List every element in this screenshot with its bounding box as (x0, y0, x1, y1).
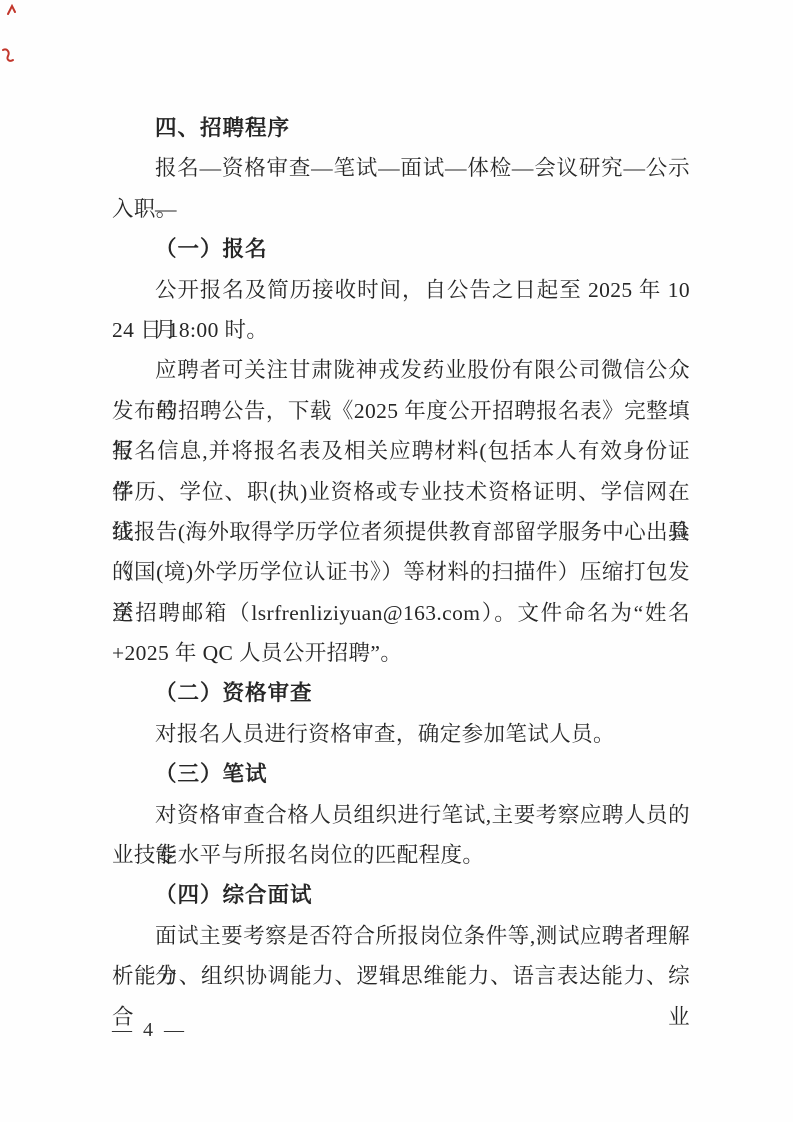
section-heading: （三）笔试 (112, 754, 690, 794)
document-body: 四、招聘程序 报名—资格审查—笔试—面试—体检—会议研究—公示— 入职。 （一）… (112, 108, 690, 1050)
doc-line: 报名—资格审查—笔试—面试—体检—会议研究—公示— (112, 148, 690, 188)
section-heading: （四）综合面试 (112, 875, 690, 915)
doc-line: 公开报名及简历接收时间，自公告之日起至 2025 年 10 月 (112, 270, 690, 310)
doc-line: 入职。 (112, 189, 690, 229)
doc-line: +2025 年 QC 人员公开招聘”。 (112, 633, 690, 673)
document-page: 四、招聘程序 报名—资格审查—笔试—面试—体检—会议研究—公示— 入职。 （一）… (0, 0, 793, 1122)
section-heading: （二）资格审查 (112, 673, 690, 713)
red-ink-mark (1, 47, 15, 64)
doc-line: 证报告(海外取得学历学位者须提供教育部留学服务中心出具的 (112, 512, 690, 552)
doc-line: 《国(境)外学历学位认证书》）等材料的扫描件）压缩打包发送 (112, 552, 690, 592)
doc-line: 对报名人员进行资格审查，确定参加笔试人员。 (112, 714, 690, 754)
doc-line: 业技能水平与所报名岗位的匹配程度。 (112, 835, 690, 875)
doc-line: 对资格审查合格人员组织进行笔试,主要考察应聘人员的专 (112, 795, 690, 835)
red-ink-mark (6, 4, 18, 17)
doc-line: 析能力、组织协调能力、逻辑思维能力、语言表达能力、综合业 (112, 956, 690, 996)
doc-line-with-email: 至招聘邮箱（lsrfrenliziyuan@163.com）。文件命名为“姓名 (112, 593, 690, 633)
doc-line: 学历、学位、职(执)业资格或专业技术资格证明、学信网在线验 (112, 472, 690, 512)
doc-line: 应聘者可关注甘肃陇神戎发药业股份有限公司微信公众号 (112, 350, 690, 390)
section-heading: （一）报名 (112, 229, 690, 269)
doc-line: 24 日 18:00 时。 (112, 310, 690, 350)
doc-line: 报名信息,并将报名表及相关应聘材料(包括本人有效身份证件、 (112, 431, 690, 471)
doc-line: 面试主要考察是否符合所报岗位条件等,测试应聘者理解分 (112, 916, 690, 956)
section-heading: 四、招聘程序 (112, 108, 690, 148)
doc-line: 发布的招聘公告，下载《2025 年度公开招聘报名表》完整填写 (112, 391, 690, 431)
